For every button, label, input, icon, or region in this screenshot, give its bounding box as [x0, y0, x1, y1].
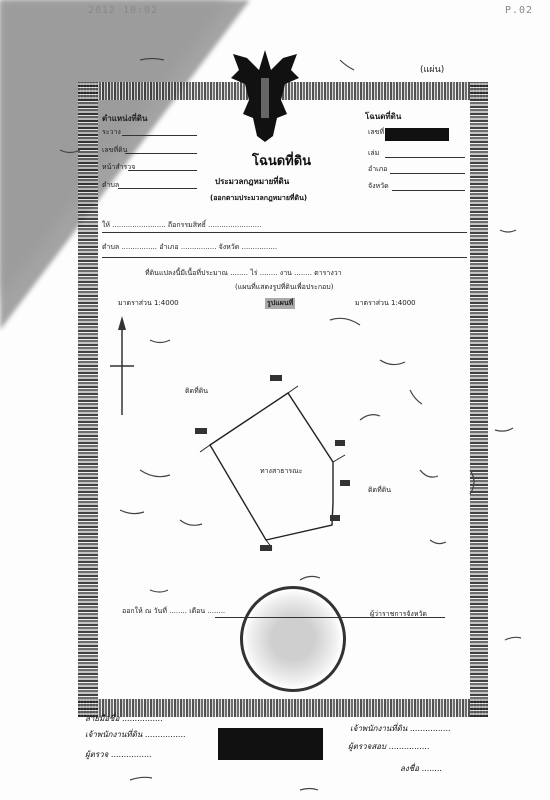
signature-line: ผู้ตรวจ ................ — [85, 748, 152, 761]
signature-line: เจ้าพนักงานที่ดิน ................ — [85, 728, 186, 741]
redacted-block — [218, 728, 323, 760]
issue-date-line: ออกให้ ณ วันที่ ........ เดือน ........ — [122, 606, 225, 617]
signature-line: ลงชื่อ ........ — [400, 762, 442, 775]
signature-line: ลายมือชื่อ ................ — [85, 712, 163, 725]
official-seal — [240, 586, 346, 692]
signature-line: เจ้าพนักงานที่ดิน ................ — [350, 722, 451, 735]
signature-line: ผู้ตรวจสอบ ................ — [348, 740, 429, 753]
governor-title: ผู้ว่าราชการจังหวัด — [370, 609, 427, 620]
map-label-adjacent-land: ติดที่ดิน — [185, 386, 208, 397]
map-label-plot: ทางสาธารณะ — [260, 466, 302, 477]
map-label-adjacent-land-2: ติดที่ดิน — [368, 485, 391, 496]
